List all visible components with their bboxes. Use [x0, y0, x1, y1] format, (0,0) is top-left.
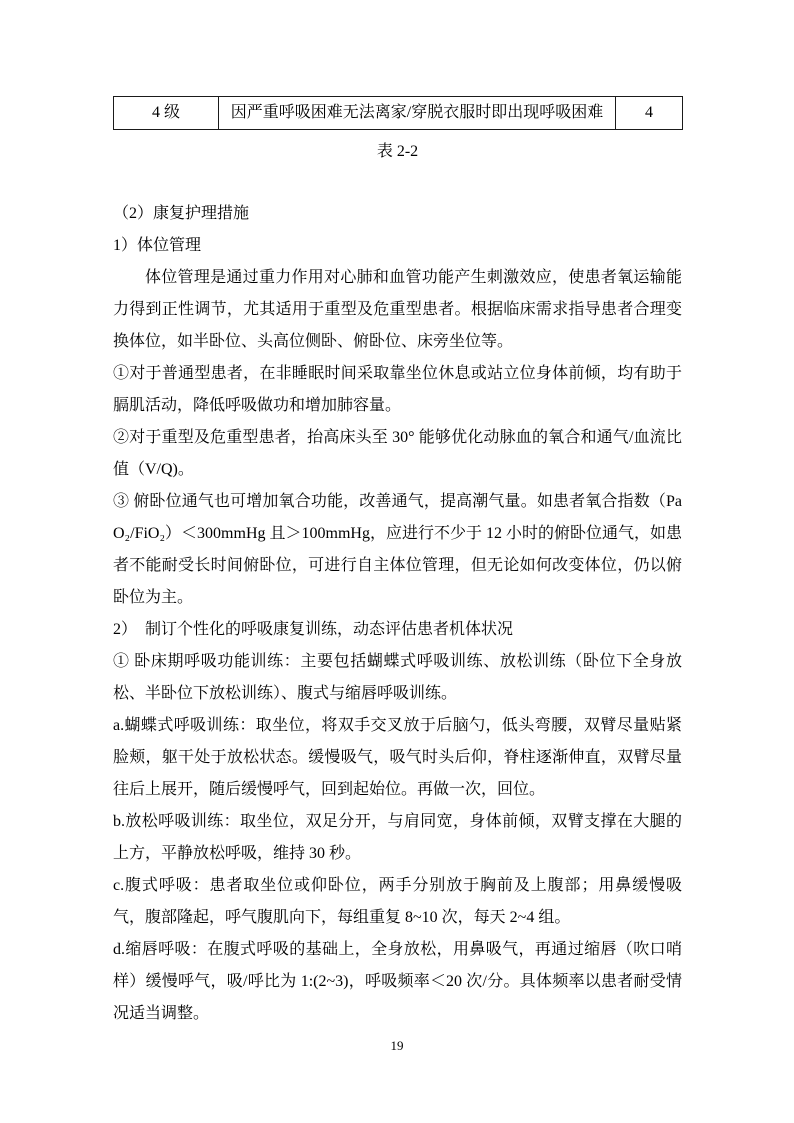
body-paragraph: ①对于普通型患者，在非睡眠时间采取靠坐位休息或站立位身体前倾，均有助于膈肌活动，…	[113, 358, 682, 422]
subheading-breathing-training: 2） 制订个性化的呼吸康复训练，动态评估患者机体状况	[113, 614, 682, 646]
table-cell-grade: 4 级	[114, 97, 219, 130]
body-paragraph: 体位管理是通过重力作用对心肺和血管功能产生刺激效应，使患者氧运输能力得到正性调节…	[113, 262, 682, 358]
dyspnea-grade-table: 4 级 因严重呼吸困难无法离家/穿脱衣服时即出现呼吸困难 4	[113, 96, 683, 130]
table-cell-score: 4	[616, 97, 683, 130]
body-paragraph: c.腹式呼吸：患者取坐位或仰卧位，两手分别放于胸前及上腹部；用鼻缓慢吸气，腹部隆…	[113, 870, 682, 934]
document-page: 4 级 因严重呼吸困难无法离家/穿脱衣服时即出现呼吸困难 4 表 2-2 （2）…	[0, 0, 794, 1123]
page-content: 4 级 因严重呼吸困难无法离家/穿脱衣服时即出现呼吸困难 4 表 2-2 （2）…	[113, 96, 682, 1030]
table-row: 4 级 因严重呼吸困难无法离家/穿脱衣服时即出现呼吸困难 4	[114, 97, 683, 130]
body-paragraph: ① 卧床期呼吸功能训练：主要包括蝴蝶式呼吸训练、放松训练（卧位下全身放松、半卧位…	[113, 646, 682, 710]
body-paragraph: d.缩唇呼吸：在腹式呼吸的基础上，全身放松，用鼻吸气，再通过缩唇（吹口哨样）缓慢…	[113, 934, 682, 1030]
body-paragraph: a.蝴蝶式呼吸训练：取坐位，将双手交叉放于后脑勺，低头弯腰，双臂尽量贴紧脸颊，躯…	[113, 710, 682, 806]
table-cell-description: 因严重呼吸困难无法离家/穿脱衣服时即出现呼吸困难	[219, 97, 616, 130]
body-paragraph: b.放松呼吸训练：取坐位，双足分开，与肩同宽，身体前倾，双臂支撑在大腿的上方，平…	[113, 806, 682, 870]
table-caption: 表 2-2	[113, 136, 682, 168]
body-paragraph: ③ 俯卧位通气也可增加氧合功能，改善通气，提高潮气量。如患者氧合指数（PaO₂/…	[113, 486, 682, 614]
body-text: （2）康复护理措施 1）体位管理 体位管理是通过重力作用对心肺和血管功能产生刺激…	[113, 198, 682, 1030]
section-heading-rehab-measures: （2）康复护理措施	[113, 198, 682, 230]
page-number: 19	[0, 1036, 794, 1056]
subheading-position-management: 1）体位管理	[113, 230, 682, 262]
body-paragraph: ②对于重型及危重型患者，抬高床头至 30° 能够优化动脉血的氧合和通气/血流比值…	[113, 422, 682, 486]
